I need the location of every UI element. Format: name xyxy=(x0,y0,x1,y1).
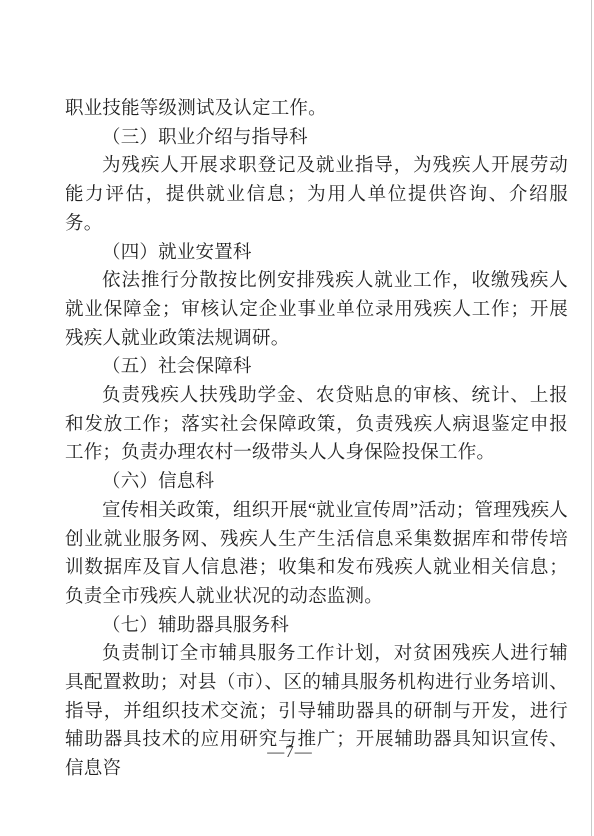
paragraph-section-6: 宣传相关政策，组织开展“就业宣传周”活动；管理残疾人创业就业服务网、残疾人生产生… xyxy=(65,497,568,612)
section-heading-7: （七）辅助器具服务科 xyxy=(65,612,568,641)
section-heading-5: （五）社会保障科 xyxy=(65,353,568,382)
page-number: —7— xyxy=(267,742,313,761)
section-heading-3: （三）职业介绍与指导科 xyxy=(65,124,568,153)
page-right-edge-line xyxy=(591,0,592,836)
paragraph-section-3: 为残疾人开展求职登记及就业指导，为残疾人开展劳动能力评估，提供就业信息；为用人单… xyxy=(65,152,568,238)
section-heading-6: （六）信息科 xyxy=(65,468,568,497)
paragraph-section-5: 负责残疾人扶残助学金、农贷贴息的审核、统计、上报和发放工作；落实社会保障政策，负… xyxy=(65,382,568,468)
paragraph-section-4: 依法推行分散按比例安排残疾人就业工作，收缴残疾人就业保障金；审核认定企业事业单位… xyxy=(65,267,568,353)
paragraph-continuation: 职业技能等级测试及认定工作。 xyxy=(65,95,568,124)
document-page: 职业技能等级测试及认定工作。 （三）职业介绍与指导科 为残疾人开展求职登记及就业… xyxy=(0,0,594,836)
paragraph-section-7: 负责制订全市辅具服务工作计划，对贫困残疾人进行辅具配置救助；对县（市）、区的辅具… xyxy=(65,640,568,784)
section-heading-4: （四）就业安置科 xyxy=(65,239,568,268)
page-footer: —7— xyxy=(0,742,580,762)
document-body: 职业技能等级测试及认定工作。 （三）职业介绍与指导科 为残疾人开展求职登记及就业… xyxy=(65,95,568,784)
